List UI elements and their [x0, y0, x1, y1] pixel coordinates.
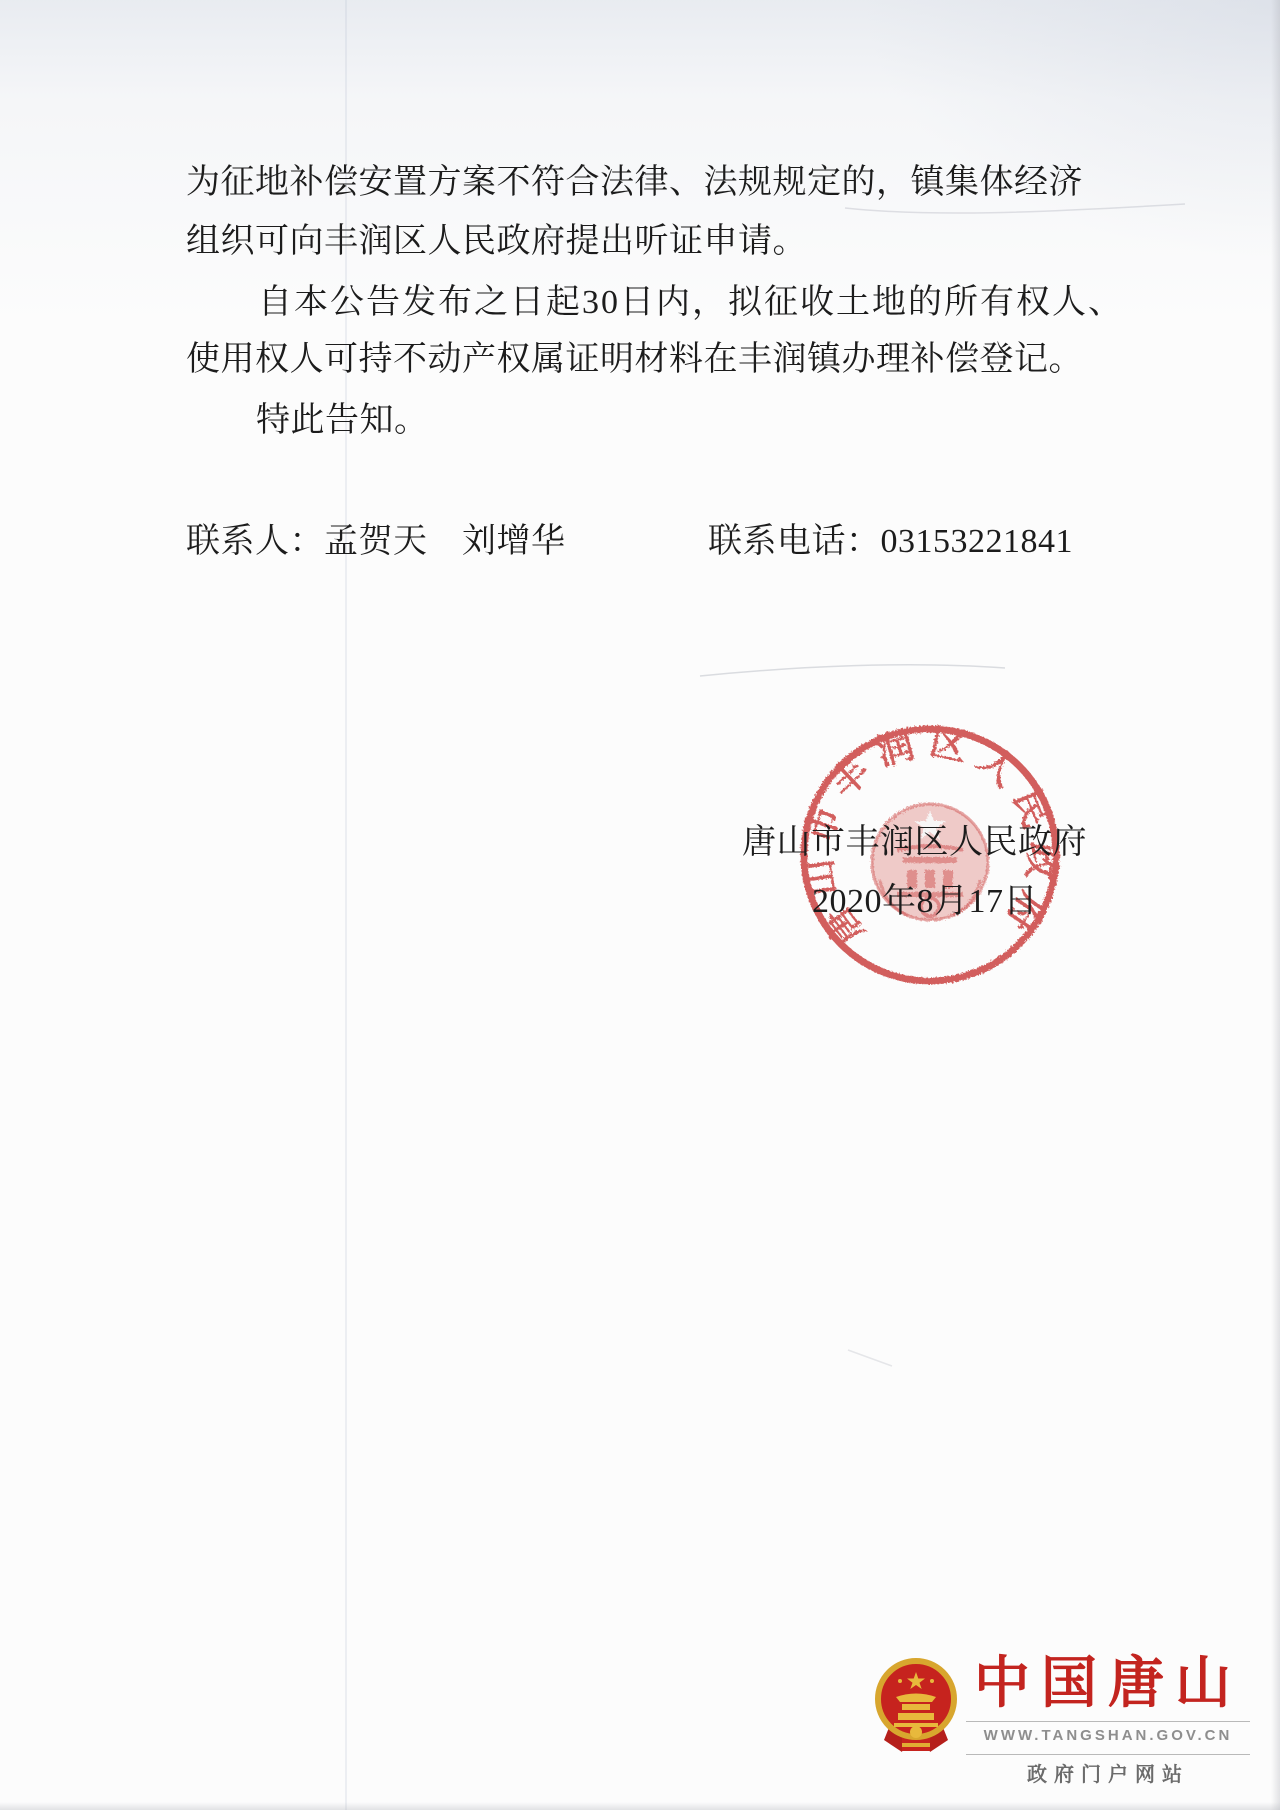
scanned-document-page: 为征地补偿安置方案不符合法律、法规规定的，镇集体经济 组织可向丰润区人民政府提出… — [0, 0, 1280, 1810]
brand-title: 中国唐山 — [974, 1652, 1254, 1716]
body-line: 使用权人可持不动产权属证明材料在丰润镇办理补偿登记。 — [186, 340, 1083, 380]
body-line: 为征地补偿安置方案不符合法律、法规规定的，镇集体经济 — [186, 163, 1083, 203]
site-caption: 政府门户网站 — [966, 1758, 1250, 1787]
scan-bottom-edge — [0, 1802, 1280, 1810]
body-line: 自本公告发布之日起30日内，拟征收土地的所有权人、 — [258, 283, 1124, 323]
scan-right-edge — [1271, 0, 1280, 1810]
signature-org: 唐山市丰润区人民政府 — [742, 823, 1087, 863]
footer-divider-top — [966, 1721, 1250, 1722]
scanner-streak — [345, 0, 347, 1810]
footer-divider-bottom — [966, 1754, 1250, 1755]
body-line: 特此告知。 — [256, 401, 429, 441]
signature-date: 2020年8月17日 — [812, 882, 1038, 922]
contact-phone: 联系电话：03153221841 — [708, 522, 1073, 562]
paper-creases — [0, 0, 1280, 1810]
site-url: WWW.TANGSHAN.GOV.CN — [966, 1727, 1250, 1744]
contact-persons: 联系人：孟贺天 刘增华 — [186, 522, 566, 562]
scan-topright-shadow — [860, 0, 1280, 260]
national-emblem-icon — [872, 1655, 960, 1755]
body-line: 组织可向丰润区人民政府提出听证申请。 — [186, 222, 807, 262]
